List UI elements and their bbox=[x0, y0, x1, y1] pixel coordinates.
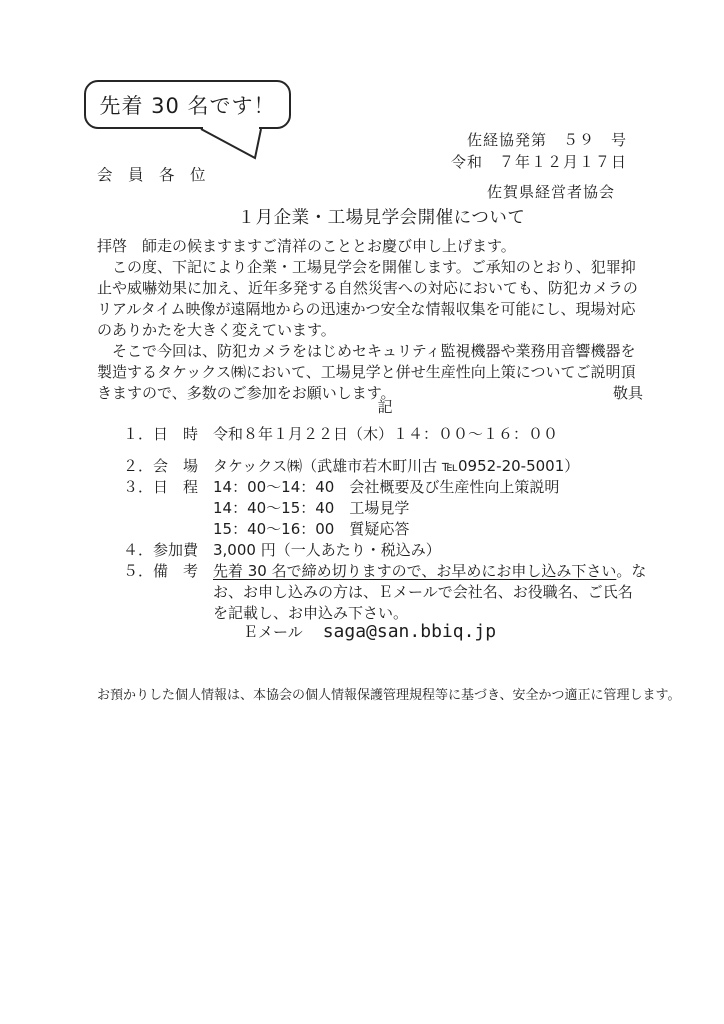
schedule-line: 14：00～14：40 会社概要及び生産性向上策説明 bbox=[213, 477, 668, 498]
details-list: １．日 時 令和８年１月２２日（木）１４：００～１６：００ ２．会 場 タケック… bbox=[123, 424, 668, 624]
email-address: saga@san.bbiq.jp bbox=[323, 621, 496, 642]
item-label: ２．会 場 bbox=[123, 456, 213, 477]
body-line: のありかたを大きく変えています。 bbox=[97, 320, 643, 341]
item-value: 3,000 円（一人あたり・税込み） bbox=[213, 540, 668, 561]
schedule-line: 14：40～15：40 工場見学 bbox=[213, 498, 668, 519]
remarks-line: 先着 30 名で締め切りますので、お早めにお申し込み下さい。な bbox=[213, 561, 668, 582]
sender-name: 佐賀県経営者協会 bbox=[487, 181, 615, 202]
document-page: 先着 30 名です！ 佐経協発第 ５９ 号 令和 ７年１２月１７日 会 員 各 … bbox=[0, 0, 724, 1024]
remarks-underlined: 先着 30 名で締め切りますので、お早めにお申し込み下さい bbox=[213, 562, 616, 580]
list-item-schedule: ３．日 程 14：00～14：40 会社概要及び生産性向上策説明 14：40～1… bbox=[123, 477, 668, 540]
body-line: リアルタイム映像が遠隔地からの迅速かつ安全な情報収集を可能にし、現場対応 bbox=[97, 299, 643, 320]
privacy-note: お預かりした個人情報は、本協会の個人情報保護管理規程等に基づき、安全かつ適正に管… bbox=[97, 684, 680, 703]
body-line: この度、下記により企業・工場見学会を開催します。ご承知のとおり、犯罪抑 bbox=[97, 257, 643, 278]
document-meta: 佐経協発第 ５９ 号 令和 ７年１２月１７日 bbox=[451, 129, 627, 173]
recipient: 会 員 各 位 bbox=[97, 163, 206, 185]
doc-number: 佐経協発第 ５９ 号 bbox=[451, 129, 627, 151]
item-value: タケックス㈱（武雄市若木町川古 ℡0952-20-5001） bbox=[213, 456, 668, 477]
email-row: Ｅメールsaga@san.bbiq.jp bbox=[243, 621, 496, 642]
document-title: １月企業・工場見学会開催について bbox=[90, 204, 673, 229]
item-label: ３．日 程 bbox=[123, 477, 213, 540]
list-item-fee: ４．参加費 3,000 円（一人あたり・税込み） bbox=[123, 540, 668, 561]
item-value: 令和８年１月２２日（木）１４：００～１６：００ bbox=[213, 424, 668, 445]
item-label: ４．参加費 bbox=[123, 540, 213, 561]
item-value: 先着 30 名で締め切りますので、お早めにお申し込み下さい。な お、お申し込みの… bbox=[213, 561, 668, 624]
body-line: 拝啓 師走の候ますますご清祥のこととお慶び申し上げます。 bbox=[97, 236, 643, 257]
list-item-datetime: １．日 時 令和８年１月２２日（木）１４：００～１６：００ bbox=[123, 424, 668, 445]
email-label: Ｅメール bbox=[243, 623, 303, 641]
record-marker: 記 bbox=[97, 396, 673, 417]
issue-date: 令和 ７年１２月１７日 bbox=[451, 151, 627, 173]
body-line: そこで今回は、防犯カメラをはじめセキュリティ監視機器や業務用音響機器を bbox=[97, 341, 643, 362]
remarks-line: お、お申し込みの方は、Ｅメールで会社名、お役職名、ご氏名 bbox=[213, 582, 668, 603]
body-line: 止や威嚇効果に加え、近年多発する自然災害への対応においても、防犯カメラの bbox=[97, 278, 643, 299]
item-value: 14：00～14：40 会社概要及び生産性向上策説明 14：40～15：40 工… bbox=[213, 477, 668, 540]
schedule-line: 15：40～16：00 質疑応答 bbox=[213, 519, 668, 540]
item-label: ５．備 考 bbox=[123, 561, 213, 624]
list-item-remarks: ５．備 考 先着 30 名で締め切りますので、お早めにお申し込み下さい。な お、… bbox=[123, 561, 668, 624]
list-item-venue: ２．会 場 タケックス㈱（武雄市若木町川古 ℡0952-20-5001） bbox=[123, 456, 668, 477]
item-label: １．日 時 bbox=[123, 424, 213, 445]
body-paragraphs: 拝啓 師走の候ますますご清祥のこととお慶び申し上げます。 この度、下記により企業… bbox=[97, 236, 643, 404]
body-line: 製造するタケックス㈱において、工場見学と併せ生産性向上策についてご説明頂 bbox=[97, 362, 643, 383]
speech-bubble-text: 先着 30 名です！ bbox=[99, 90, 275, 120]
remarks-after-underline: 。な bbox=[616, 562, 646, 580]
speech-bubble-tail-icon bbox=[195, 122, 270, 164]
